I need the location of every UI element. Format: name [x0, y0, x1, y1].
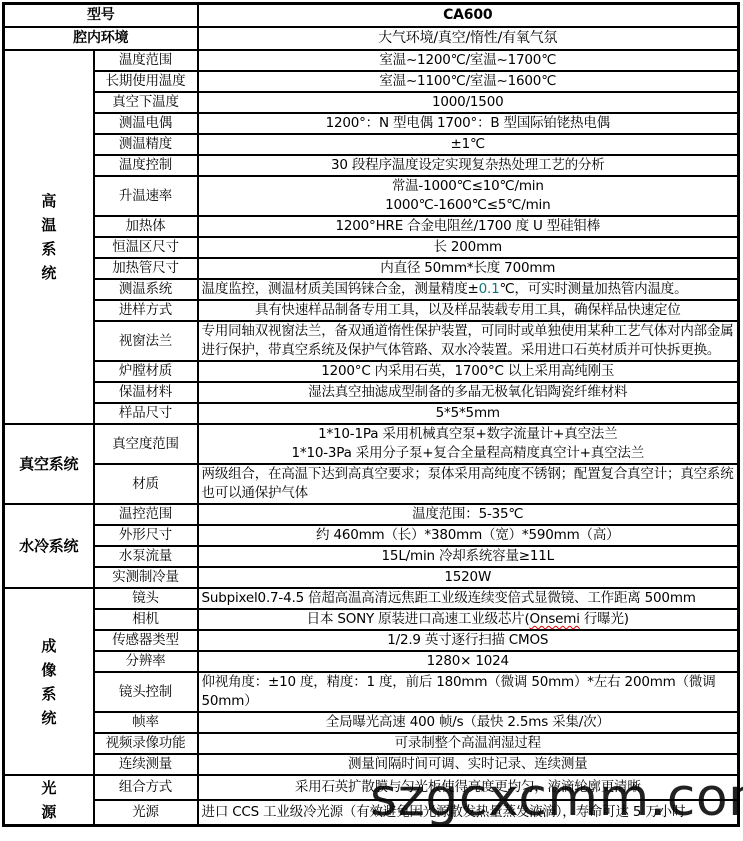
value-line: 两级组合，在高温下达到高真空要求；泵体采用高纯度不锈钢；配置复合真空计；真空系统… — [202, 465, 734, 503]
param-value: 1*10-1Pa 采用机械真空泵+数字流量计+真空法兰1*10-3Pa 采用分子… — [198, 424, 739, 464]
param-value: 1200°HRE 合金电阻丝/1700 度 U 型硅钼棒 — [198, 216, 739, 237]
spellcheck-marked-text: Onsemi — [530, 611, 580, 627]
value-line: 长 200mm — [202, 238, 734, 257]
value-line: 1200°C 内采用石英，1700°C 以上采用高纯刚玉 — [202, 362, 734, 381]
value-line: 15L/min 冷却系统容量≥11L — [202, 547, 734, 566]
param-label: 保温材料 — [94, 382, 198, 403]
table-row: 视窗法兰专用同轴双视窗法兰，备双通道惰性保护装置，可同时或单独使用某种工艺气体对… — [4, 321, 739, 361]
table-row: 测温电偶1200°：N 型电偶 1700°：B 型国际铂铑热电偶 — [4, 113, 739, 134]
table-row: 长期使用温度室温~1100℃/室温~1600℃ — [4, 71, 739, 92]
value-line: 进口 CCS 工业级冷光源（有效避免因光源散发热量蒸发液滴），寿命可达 5 万小… — [202, 803, 734, 822]
table-row: 外形尺寸约 460mm（长）*380mm（宽）*590mm（高） — [4, 525, 739, 546]
param-label: 实测制冷量 — [94, 567, 198, 588]
value-line: 温度监控，测温材质美国钨铼合金，测量精度±0.1℃，可实时测量加热管内温度。 — [202, 280, 734, 299]
value-line: 1280× 1024 — [202, 652, 734, 671]
section-label: 真空系统 — [4, 424, 94, 504]
param-label: 镜头控制 — [94, 672, 198, 712]
param-value: 可录制整个高温润湿过程 — [198, 733, 739, 754]
table-row: 保温材料湿法真空抽滤成型制备的多晶无极氧化铝陶瓷纤维材料 — [4, 382, 739, 403]
table-row: 连续测量测量间隔时间可调、实时记录、连续测量 — [4, 754, 739, 775]
param-label: 视频录像功能 — [94, 733, 198, 754]
param-label: 帧率 — [94, 712, 198, 733]
table-row: 炉膛材质1200°C 内采用石英，1700°C 以上采用高纯刚玉 — [4, 361, 739, 382]
value-line: 温度范围：5-35℃ — [202, 505, 734, 524]
param-label: 相机 — [94, 609, 198, 630]
param-value: 1520W — [198, 567, 739, 588]
value-line: 1200°：N 型电偶 1700°：B 型国际铂铑热电偶 — [202, 114, 734, 133]
table-row: 升温速率常温-1000℃≤10℃/min1000℃-1600℃≤5℃/min — [4, 176, 739, 216]
header-value: 大气环境/真空/惰性/有氧气氛 — [198, 27, 739, 50]
param-value: 全局曝光高速 400 帧/s（最快 2.5ms 采集/次） — [198, 712, 739, 733]
param-value: 温度监控，测温材质美国钨铼合金，测量精度±0.1℃，可实时测量加热管内温度。 — [198, 279, 739, 300]
param-value: 1/2.9 英寸逐行扫描 CMOS — [198, 630, 739, 651]
highlighted-value: 0.1 — [479, 281, 500, 297]
param-value: 1200°C 内采用石英，1700°C 以上采用高纯刚玉 — [198, 361, 739, 382]
value-line: 仰视角度：±10 度，精度：1 度，前后 180mm（微调 50mm）*左右 2… — [202, 673, 734, 711]
spec-table: 型号CA600腔内环境大气环境/真空/惰性/有氧气氛高温系统温度范围室温~120… — [2, 2, 740, 827]
param-label: 视窗法兰 — [94, 321, 198, 361]
table-row: 实测制冷量1520W — [4, 567, 739, 588]
table-row: 相机日本 SONY 原装进口高速工业级芯片(Onsemi 行曝光) — [4, 609, 739, 630]
param-value: 1200°：N 型电偶 1700°：B 型国际铂铑热电偶 — [198, 113, 739, 134]
spec-table-body: 型号CA600腔内环境大气环境/真空/惰性/有氧气氛高温系统温度范围室温~120… — [4, 4, 739, 826]
table-row: 高温系统温度范围室温~1200℃/室温~1700℃ — [4, 50, 739, 71]
param-label: 测温电偶 — [94, 113, 198, 134]
value-line: 湿法真空抽滤成型制备的多晶无极氧化铝陶瓷纤维材料 — [202, 383, 734, 402]
spec-sheet-page: 型号CA600腔内环境大气环境/真空/惰性/有氧气氛高温系统温度范围室温~120… — [0, 0, 743, 841]
param-label: 升温速率 — [94, 176, 198, 216]
table-row: 传感器类型1/2.9 英寸逐行扫描 CMOS — [4, 630, 739, 651]
param-value: 进口 CCS 工业级冷光源（有效避免因光源散发热量蒸发液滴），寿命可达 5 万小… — [198, 800, 739, 826]
param-value: 室温~1200℃/室温~1700℃ — [198, 50, 739, 71]
param-label: 加热管尺寸 — [94, 258, 198, 279]
value-line: 常温-1000℃≤10℃/min — [202, 177, 734, 196]
param-label: 镜头 — [94, 588, 198, 609]
value-line: 日本 SONY 原装进口高速工业级芯片(Onsemi 行曝光) — [202, 610, 734, 629]
param-label: 光源 — [94, 800, 198, 826]
param-label: 水泵流量 — [94, 546, 198, 567]
value-line: 全局曝光高速 400 帧/s（最快 2.5ms 采集/次） — [202, 713, 734, 732]
table-row: 光源组合方式采用石英扩散膜与匀光板使得亮度更均匀，液滴轮廓更清晰 — [4, 775, 739, 800]
table-row: 测温系统温度监控，测温材质美国钨铼合金，测量精度±0.1℃，可实时测量加热管内温… — [4, 279, 739, 300]
param-label: 连续测量 — [94, 754, 198, 775]
param-label: 传感器类型 — [94, 630, 198, 651]
value-line: 采用石英扩散膜与匀光板使得亮度更均匀，液滴轮廓更清晰 — [202, 778, 734, 797]
param-value: Subpixel0.7-4.5 倍超高温高清远焦距工业级连续变倍式显微镜、工作距… — [198, 588, 739, 609]
param-label: 样品尺寸 — [94, 403, 198, 424]
param-label: 加热体 — [94, 216, 198, 237]
value-line: ±1℃ — [202, 135, 734, 154]
param-label: 真空度范围 — [94, 424, 198, 464]
param-value: 内直径 50mm*长度 700mm — [198, 258, 739, 279]
param-value: ±1℃ — [198, 134, 739, 155]
value-line: 测量间隔时间可调、实时记录、连续测量 — [202, 755, 734, 774]
value-line: 1520W — [202, 568, 734, 587]
value-line: 室温~1200℃/室温~1700℃ — [202, 51, 734, 70]
param-value: 30 段程序温度设定实现复杂热处理工艺的分析 — [198, 155, 739, 176]
param-value: 1000/1500 — [198, 92, 739, 113]
param-value: 湿法真空抽滤成型制备的多晶无极氧化铝陶瓷纤维材料 — [198, 382, 739, 403]
table-row: 真空下温度1000/1500 — [4, 92, 739, 113]
table-row: 温度控制30 段程序温度设定实现复杂热处理工艺的分析 — [4, 155, 739, 176]
header-row: 腔内环境大气环境/真空/惰性/有氧气氛 — [4, 27, 739, 50]
table-row: 加热管尺寸内直径 50mm*长度 700mm — [4, 258, 739, 279]
table-row: 分辨率1280× 1024 — [4, 651, 739, 672]
header-value: CA600 — [198, 4, 739, 28]
param-label: 真空下温度 — [94, 92, 198, 113]
param-label: 炉膛材质 — [94, 361, 198, 382]
param-label: 温度范围 — [94, 50, 198, 71]
header-row: 型号CA600 — [4, 4, 739, 28]
param-value: 约 460mm（长）*380mm（宽）*590mm（高） — [198, 525, 739, 546]
param-label: 温控范围 — [94, 504, 198, 525]
table-row: 材质两级组合，在高温下达到高真空要求；泵体采用高纯度不锈钢；配置复合真空计；真空… — [4, 464, 739, 504]
table-row: 样品尺寸5*5*5mm — [4, 403, 739, 424]
param-value: 日本 SONY 原装进口高速工业级芯片(Onsemi 行曝光) — [198, 609, 739, 630]
param-value: 5*5*5mm — [198, 403, 739, 424]
value-line: 专用同轴双视窗法兰，备双通道惰性保护装置，可同时或单独使用某种工艺气体对内部金属… — [202, 322, 734, 360]
section-label: 水冷系统 — [4, 504, 94, 588]
param-value: 专用同轴双视窗法兰，备双通道惰性保护装置，可同时或单独使用某种工艺气体对内部金属… — [198, 321, 739, 361]
param-value: 具有快速样品制备专用工具，以及样品装载专用工具，确保样品快速定位 — [198, 300, 739, 321]
section-label: 高温系统 — [4, 50, 94, 424]
section-label: 成像系统 — [4, 588, 94, 775]
param-value: 两级组合，在高温下达到高真空要求；泵体采用高纯度不锈钢；配置复合真空计；真空系统… — [198, 464, 739, 504]
table-row: 光源进口 CCS 工业级冷光源（有效避免因光源散发热量蒸发液滴），寿命可达 5 … — [4, 800, 739, 826]
table-row: 真空系统真空度范围1*10-1Pa 采用机械真空泵+数字流量计+真空法兰1*10… — [4, 424, 739, 464]
param-value: 测量间隔时间可调、实时记录、连续测量 — [198, 754, 739, 775]
param-label: 测温系统 — [94, 279, 198, 300]
table-row: 进样方式具有快速样品制备专用工具，以及样品装载专用工具，确保样品快速定位 — [4, 300, 739, 321]
value-line: 内直径 50mm*长度 700mm — [202, 259, 734, 278]
section-label: 光源 — [4, 775, 94, 826]
value-line: 1000℃-1600℃≤5℃/min — [202, 196, 734, 215]
param-label: 分辨率 — [94, 651, 198, 672]
table-row: 加热体1200°HRE 合金电阻丝/1700 度 U 型硅钼棒 — [4, 216, 739, 237]
param-label: 恒温区尺寸 — [94, 237, 198, 258]
value-line: 1200°HRE 合金电阻丝/1700 度 U 型硅钼棒 — [202, 217, 734, 236]
value-line: Subpixel0.7-4.5 倍超高温高清远焦距工业级连续变倍式显微镜、工作距… — [202, 589, 734, 608]
param-label: 温度控制 — [94, 155, 198, 176]
value-line: 具有快速样品制备专用工具，以及样品装载专用工具，确保样品快速定位 — [202, 301, 734, 320]
table-row: 成像系统镜头Subpixel0.7-4.5 倍超高温高清远焦距工业级连续变倍式显… — [4, 588, 739, 609]
table-row: 恒温区尺寸长 200mm — [4, 237, 739, 258]
param-value: 室温~1100℃/室温~1600℃ — [198, 71, 739, 92]
table-row: 水泵流量15L/min 冷却系统容量≥11L — [4, 546, 739, 567]
param-value: 15L/min 冷却系统容量≥11L — [198, 546, 739, 567]
table-row: 测温精度±1℃ — [4, 134, 739, 155]
table-row: 帧率全局曝光高速 400 帧/s（最快 2.5ms 采集/次） — [4, 712, 739, 733]
param-label: 外形尺寸 — [94, 525, 198, 546]
header-label: 腔内环境 — [4, 27, 198, 50]
value-line: 1000/1500 — [202, 93, 734, 112]
param-value: 仰视角度：±10 度，精度：1 度，前后 180mm（微调 50mm）*左右 2… — [198, 672, 739, 712]
param-value: 采用石英扩散膜与匀光板使得亮度更均匀，液滴轮廓更清晰 — [198, 775, 739, 800]
value-line: 1/2.9 英寸逐行扫描 CMOS — [202, 631, 734, 650]
table-row: 镜头控制仰视角度：±10 度，精度：1 度，前后 180mm（微调 50mm）*… — [4, 672, 739, 712]
value-line: 5*5*5mm — [202, 404, 734, 423]
param-label: 组合方式 — [94, 775, 198, 800]
param-value: 温度范围：5-35℃ — [198, 504, 739, 525]
header-label: 型号 — [4, 4, 198, 28]
value-line: 可录制整个高温润湿过程 — [202, 734, 734, 753]
param-value: 常温-1000℃≤10℃/min1000℃-1600℃≤5℃/min — [198, 176, 739, 216]
value-line: 1*10-1Pa 采用机械真空泵+数字流量计+真空法兰 — [202, 425, 734, 444]
value-line: 约 460mm（长）*380mm（宽）*590mm（高） — [202, 526, 734, 545]
value-line: 室温~1100℃/室温~1600℃ — [202, 72, 734, 91]
param-label: 长期使用温度 — [94, 71, 198, 92]
param-label: 测温精度 — [94, 134, 198, 155]
param-label: 材质 — [94, 464, 198, 504]
param-value: 1280× 1024 — [198, 651, 739, 672]
param-label: 进样方式 — [94, 300, 198, 321]
table-row: 视频录像功能可录制整个高温润湿过程 — [4, 733, 739, 754]
value-line: 30 段程序温度设定实现复杂热处理工艺的分析 — [202, 156, 734, 175]
table-row: 水冷系统温控范围温度范围：5-35℃ — [4, 504, 739, 525]
param-value: 长 200mm — [198, 237, 739, 258]
value-line: 1*10-3Pa 采用分子泵+复合全量程高精度真空计+真空法兰 — [202, 444, 734, 463]
